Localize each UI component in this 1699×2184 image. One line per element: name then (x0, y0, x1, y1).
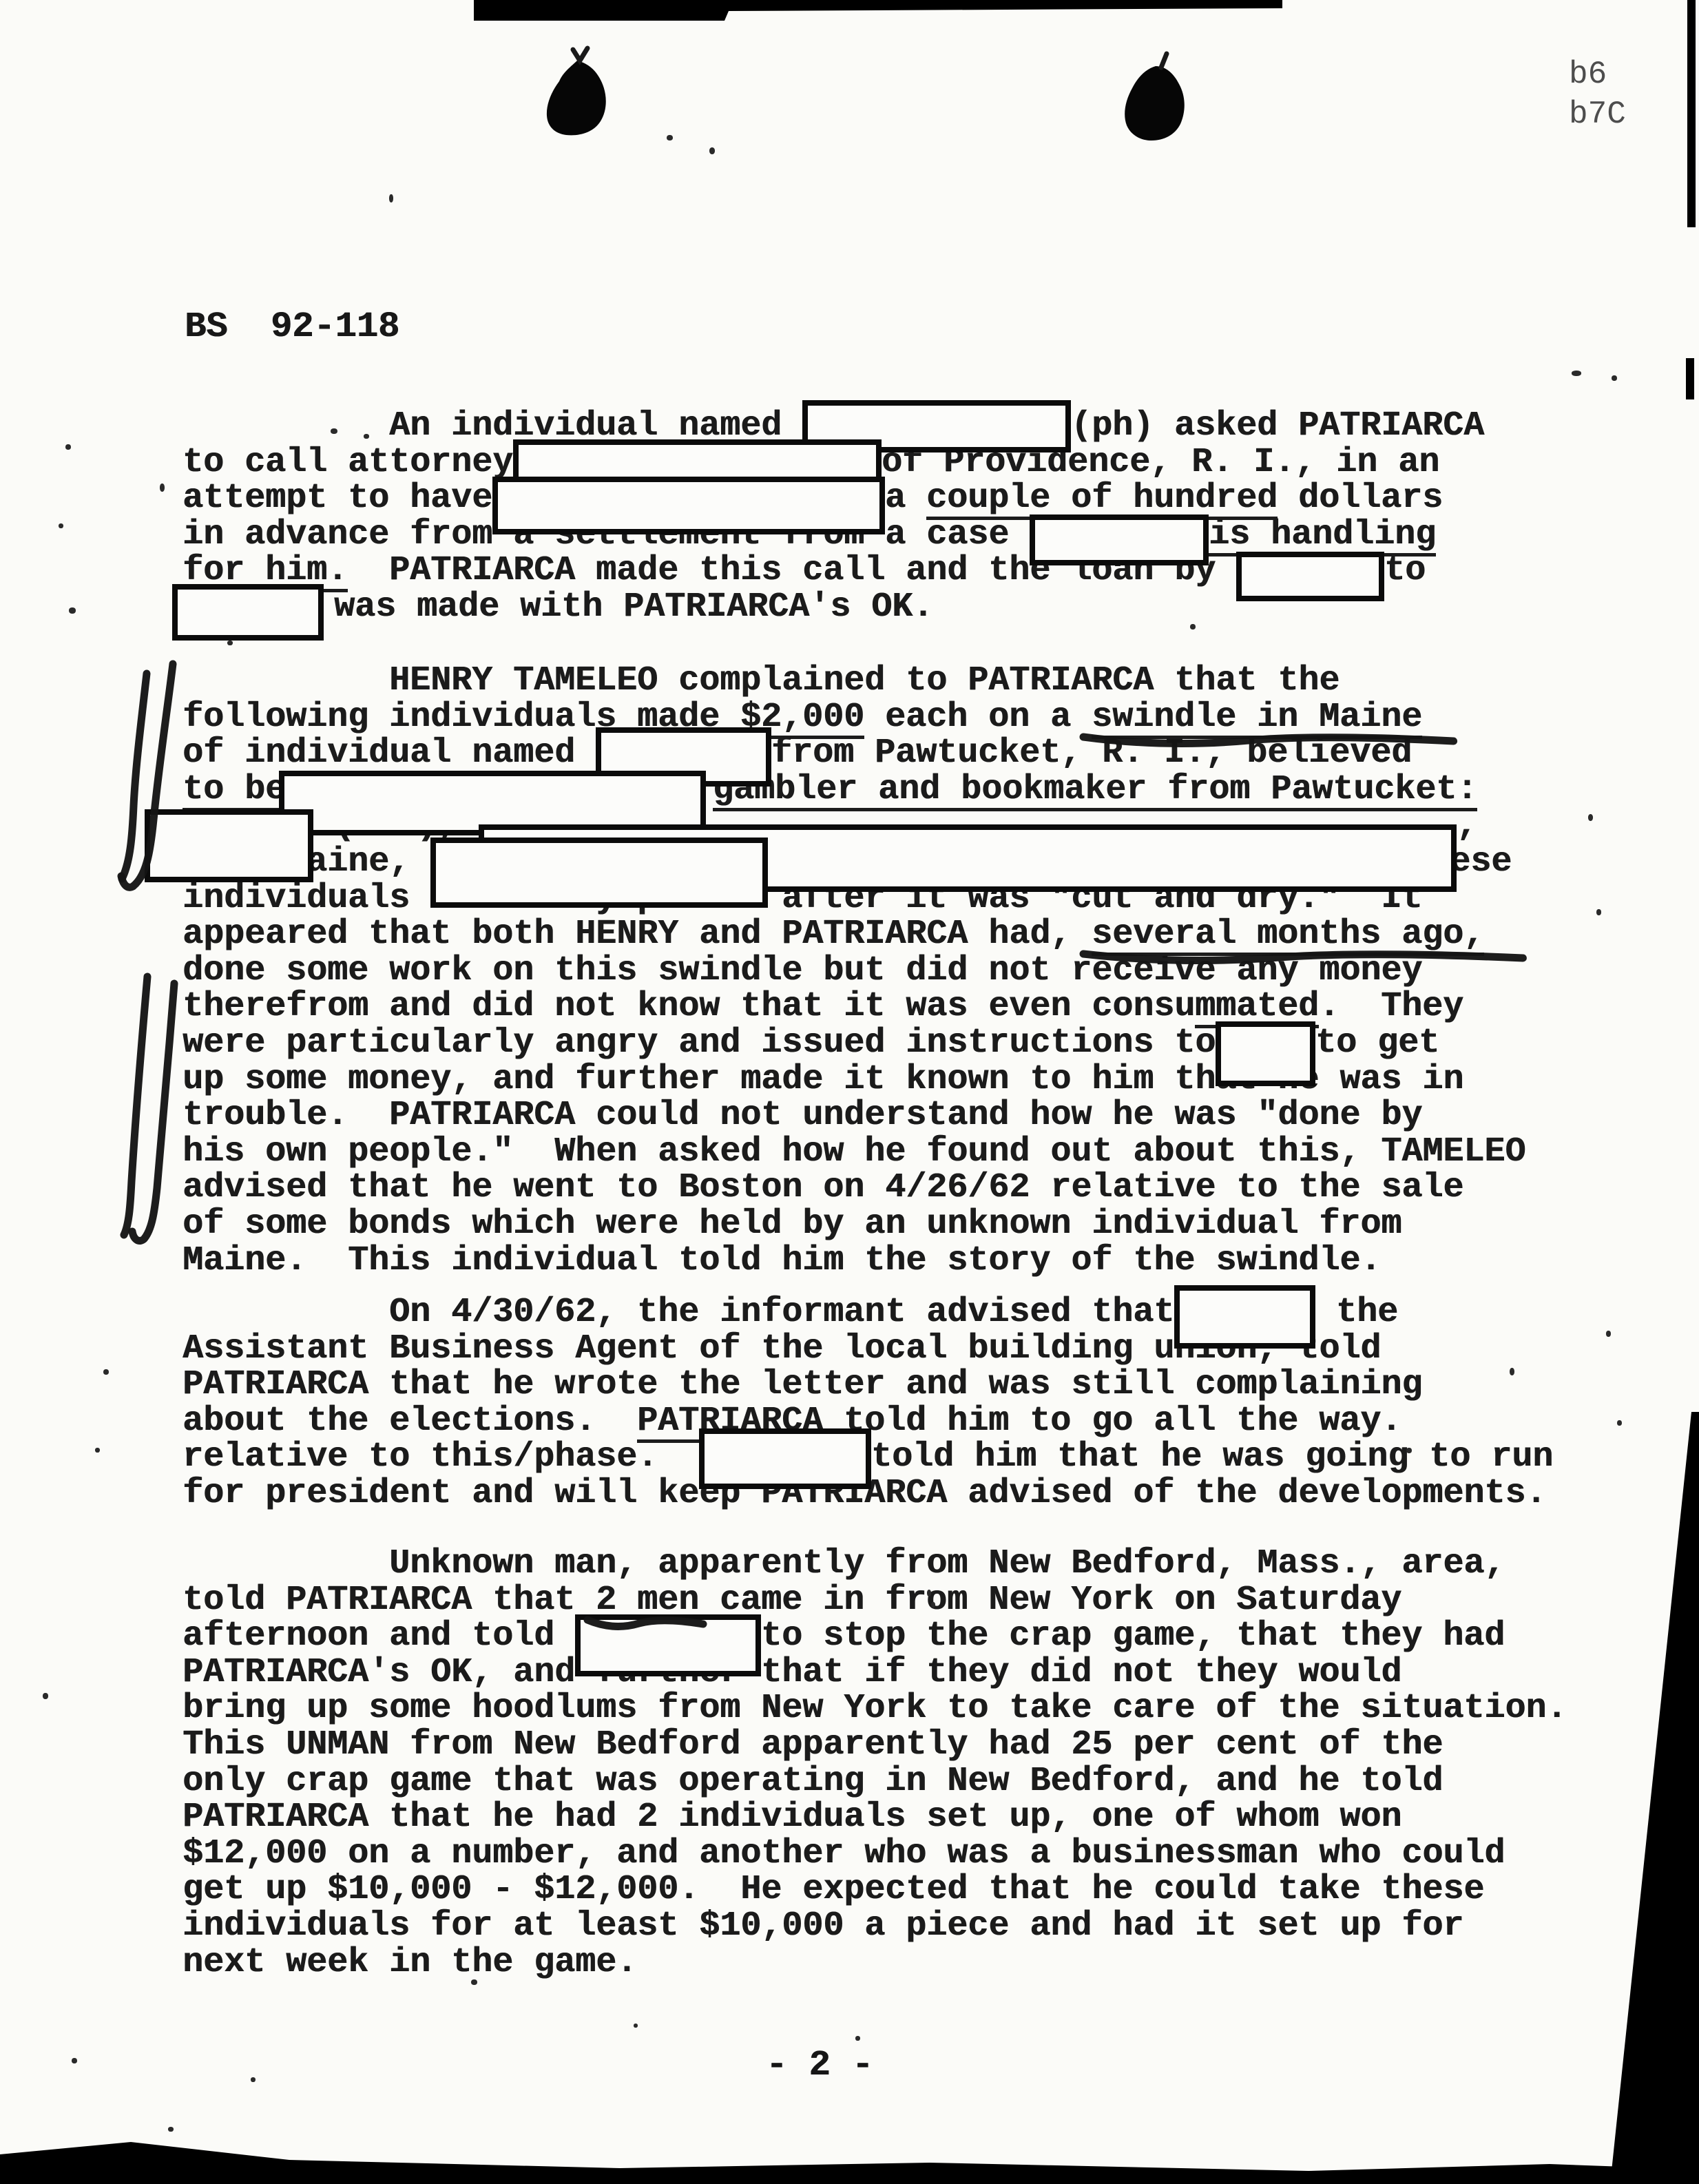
text-line-segment: gambler and bookmaker from Pawtucket: (713, 772, 1477, 811)
text-line-segment: afternoon and told (183, 1619, 575, 1654)
text-line-segment: was made with PATRIARCA's OK. (334, 590, 933, 625)
redaction-box (699, 1428, 871, 1489)
margin-pen-mark (124, 977, 147, 1235)
text-line-segment: only crap game that was operating in New… (183, 1764, 1443, 1800)
text-line-segment: attempt to have (183, 481, 492, 517)
classification-mark-b6: b6 (1569, 58, 1607, 91)
scan-speck (1406, 1448, 1412, 1453)
text-line-segment: told PATRIARCA that (183, 1583, 596, 1619)
scan-speck (1190, 624, 1196, 630)
text-line-segment: the (1315, 1295, 1398, 1331)
scan-speck (1617, 1420, 1622, 1426)
text-line-segment: advised that he went to Boston on 4/26/6… (183, 1170, 1463, 1206)
scan-speck (364, 434, 369, 439)
text-line-segment: This UNMAN from New Bedford apparently h… (183, 1727, 1443, 1763)
text-line-segment: next week in the game. (183, 1945, 637, 1981)
scan-speck (1612, 375, 1617, 381)
document-page: BS 92-118 b6 b7C - 2 - An individual nam… (0, 0, 1699, 2184)
text-line-segment: individuals for at least $10,000 a piece… (183, 1909, 1463, 1944)
scan-speck (634, 2024, 638, 2028)
redaction-box (1174, 1285, 1315, 1349)
scan-speck (855, 2036, 860, 2041)
text-line-segment: came in from New York on Saturday (699, 1583, 1401, 1619)
text-line-segment: appeared that both HENRY and PATRIARCA h… (183, 917, 1092, 953)
margin-pen-mark (122, 674, 147, 879)
scan-speck (389, 194, 393, 202)
text-line-segment: to get (1315, 1026, 1439, 1061)
scan-speck (1596, 909, 1601, 915)
scan-speck (931, 1602, 935, 1608)
ink-blob (1125, 66, 1185, 141)
ink-blob-stem (1161, 54, 1167, 67)
scan-speck (1572, 371, 1581, 376)
text-line-segment: Unknown man, apparently from New Bedford… (389, 1546, 1505, 1582)
text-line-segment: $12,000 on a number, and another who was… (183, 1836, 1505, 1872)
text-line-segment: of some bonds which were held by an unkn… (183, 1207, 1401, 1242)
text-line-segment: bring up some hoodlums from New York to … (183, 1691, 1567, 1727)
redaction-box (575, 1614, 761, 1676)
text-line-segment: to be (183, 772, 286, 811)
text-line-segment: dollars (1278, 481, 1443, 517)
text-line-segment: told him that he was going to run (871, 1439, 1553, 1475)
scan-edge-shadow (0, 2142, 1699, 2184)
scan-speck (667, 135, 673, 141)
redaction-box (430, 838, 768, 908)
margin-pen-mark (132, 984, 174, 1241)
scan-speck (69, 607, 76, 614)
text-line-segment: from Pawtucket, R. I., believed (771, 736, 1412, 771)
text-line-segment: of individual named (183, 736, 596, 771)
text-line-segment: HENRY TAMELEO complained to PATRIARCA th… (389, 663, 1340, 699)
scan-speck (1588, 814, 1593, 821)
text-line-segment: PATRIARCA that he wrote the letter and w… (183, 1367, 1422, 1403)
scan-speck (160, 483, 165, 492)
page-number: - 2 - (766, 2047, 873, 2084)
scan-speck (103, 1369, 109, 1375)
text-line-segment: to (1384, 553, 1426, 589)
text-line-segment: therefrom and did not know that it was e… (183, 989, 1195, 1025)
text-line-segment: . They (1319, 989, 1463, 1025)
text-line-segment: On 4/30/62, the informant advised that (389, 1295, 1174, 1331)
scan-speck (471, 1979, 477, 1985)
scan-speck (43, 1693, 48, 1699)
text-line-segment: each on a (864, 700, 1092, 736)
text-line-segment: about the elections. (183, 1404, 637, 1439)
scan-speck (227, 641, 233, 645)
text-line-segment: PATRIARCA's OK, and further that if they… (183, 1655, 1401, 1691)
text-line-segment: following individuals (183, 700, 637, 736)
redaction-box (1030, 514, 1209, 565)
scan-speck (59, 523, 63, 528)
scan-speck (95, 1448, 100, 1453)
redaction-box (1216, 1021, 1315, 1086)
text-line-segment: several months ago, (1092, 917, 1484, 956)
text-line-segment: relative to this/phase. (183, 1439, 699, 1475)
text-line-segment: were particularly angry and issued instr… (183, 1026, 1216, 1061)
scan-speck (72, 2058, 77, 2063)
scan-speck (1510, 1368, 1514, 1375)
redaction-box (145, 809, 313, 882)
text-line-segment: Maine. This individual told him the stor… (183, 1243, 1381, 1279)
redaction-box (1236, 552, 1384, 601)
redaction-box (492, 477, 885, 534)
scan-speck (1606, 1331, 1611, 1337)
text-line-segment: (ph) asked PATRIARCA (1071, 408, 1484, 444)
text-line-segment: a (885, 481, 926, 517)
text-line-segment: to call attorney (183, 445, 513, 481)
text-line-segment: , (1457, 808, 1477, 844)
text-line-segment: get up $10,000 - $12,000. He expected th… (183, 1872, 1484, 1908)
text-line-segment: his own people." When asked how he found… (183, 1134, 1525, 1170)
scan-edge-shadow (474, 0, 1282, 21)
file-number: BS 92-118 (185, 309, 399, 346)
text-line-segment: done some work on this swindle but did n… (183, 953, 1422, 989)
text-line-segment: told him to go all the way. (823, 1404, 1401, 1439)
scan-speck (168, 2127, 174, 2132)
text-line-segment: to stop the crap game, that they had (761, 1619, 1505, 1654)
scan-speck (331, 428, 337, 434)
scan-edge-shadow (1610, 1412, 1699, 2184)
scan-edge-shadow (1687, 0, 1696, 227)
text-line-segment: trouble. PATRIARCA could not understand … (183, 1098, 1422, 1134)
scan-edge-shadow (1686, 358, 1694, 399)
ink-blob-stem (573, 48, 587, 61)
redaction-box (172, 584, 324, 641)
scan-speck (251, 2077, 256, 2082)
scan-speck (927, 1590, 931, 1597)
text-line-segment: PATRIARCA that he had 2 individuals set … (183, 1800, 1401, 1835)
scan-speck (65, 444, 71, 450)
scan-speck (709, 147, 715, 154)
ink-blob (547, 61, 606, 135)
classification-mark-b7c: b7C (1569, 98, 1626, 131)
